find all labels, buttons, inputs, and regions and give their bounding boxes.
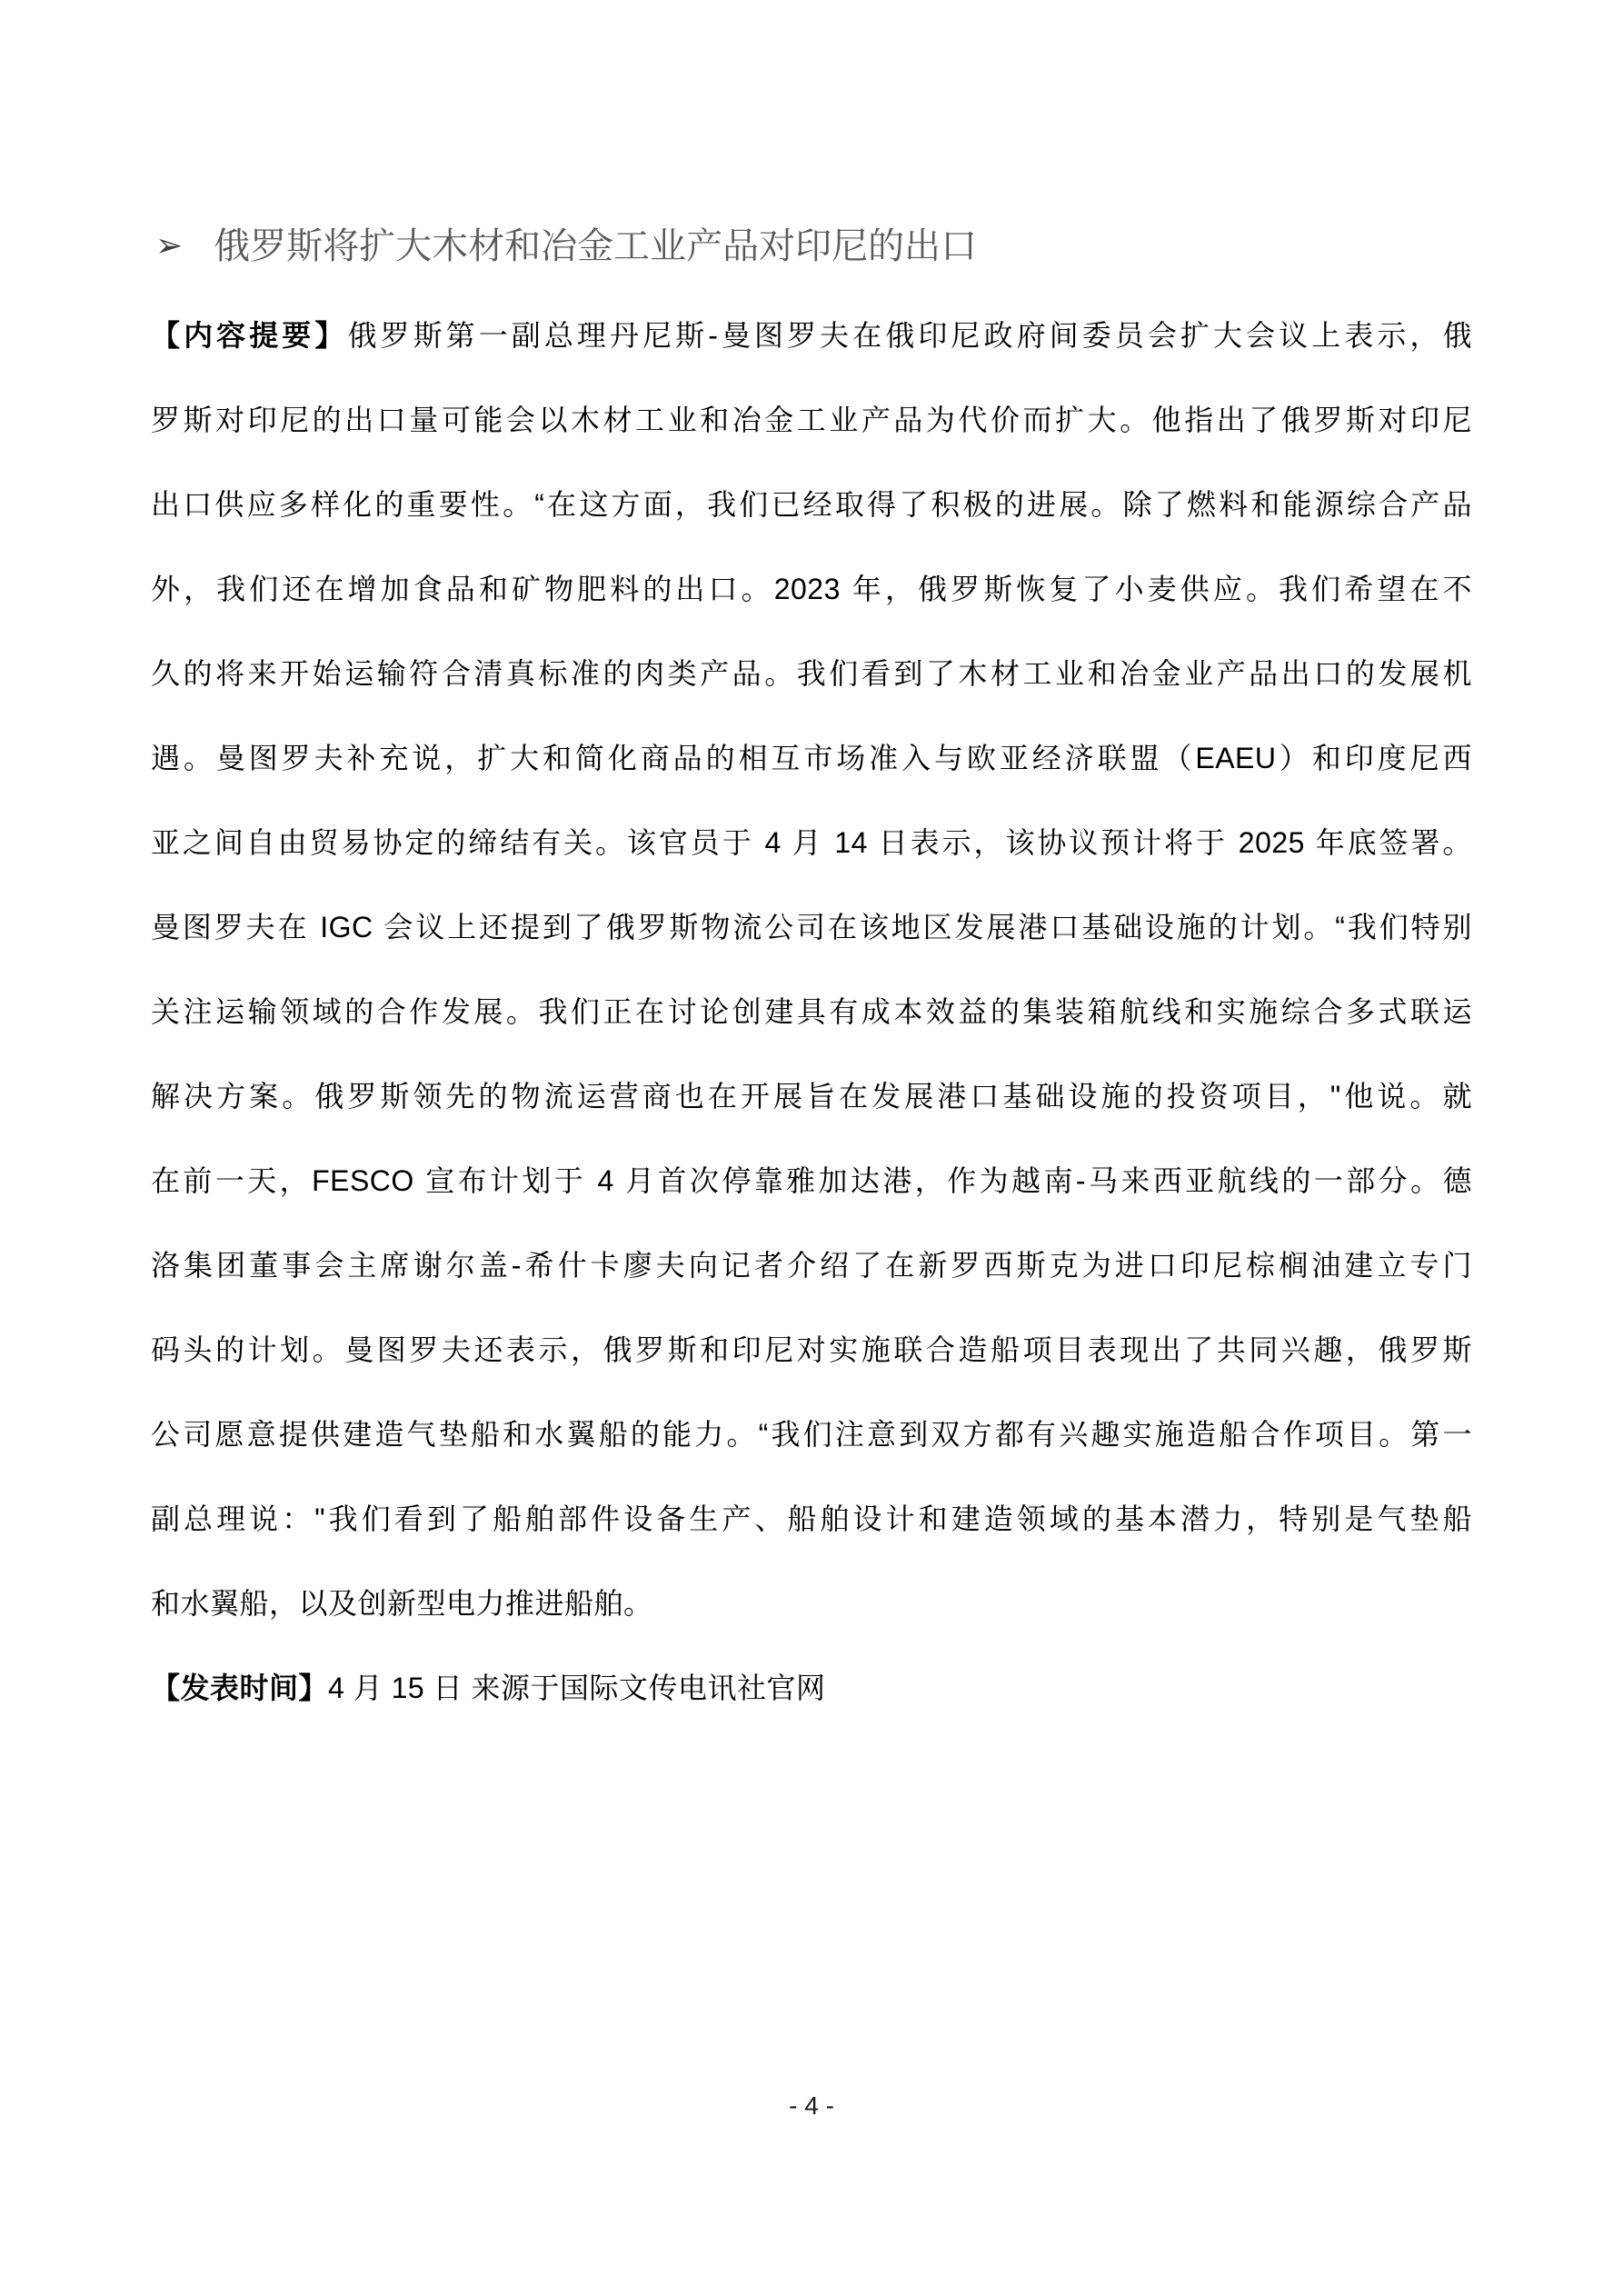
article-title: 俄罗斯将扩大木材和冶金工业产品对印尼的出口: [214, 226, 977, 266]
published-label: 【发表时间】: [151, 1672, 328, 1704]
summary-line: 洛集团董事会主席谢尔盖-希什卡廖夫向记者介绍了在新罗西斯克为进口印尼棕榈油建立专…: [151, 1223, 1472, 1308]
summary-line: 副总理说："我们看到了船舶部件设备生产、船舶设计和建造领域的基本潜力，特别是气垫…: [151, 1477, 1472, 1562]
summary-line: 解决方案。俄罗斯领先的物流运营商也在开展旨在发展港口基础设施的投资项目，"他说。…: [151, 1054, 1472, 1139]
article-body: 【内容提要】俄罗斯第一副总理丹尼斯-曼图罗夫在俄印尼政府间委员会扩大会议上表示，…: [151, 294, 1472, 1731]
summary-line-text: 俄罗斯第一副总理丹尼斯-曼图罗夫在俄印尼政府间委员会扩大会议上表示，俄: [347, 319, 1472, 352]
summary-line: 公司愿意提供建造气垫船和水翼船的能力。“我们注意到双方都有兴趣实施造船合作项目。…: [151, 1393, 1472, 1477]
summary-line: 罗斯对印尼的出口量可能会以木材工业和冶金工业产品为代价而扩大。他指出了俄罗斯对印…: [151, 378, 1472, 463]
summary-line: 亚之间自由贸易协定的缔结有关。该官员于 4 月 14 日表示，该协议预计将于 2…: [151, 801, 1472, 885]
summary-line: 关注运输领域的合作发展。我们正在讨论创建具有成本效益的集装箱航线和实施综合多式联…: [151, 970, 1472, 1054]
summary-line: 外，我们还在增加食品和矿物肥料的出口。2023 年，俄罗斯恢复了小麦供应。我们希…: [151, 547, 1472, 632]
summary-line: 在前一天，FESCO 宣布计划于 4 月首次停靠雅加达港，作为越南-马来西亚航线…: [151, 1139, 1472, 1223]
summary-line: 码头的计划。曼图罗夫还表示，俄罗斯和印尼对实施联合造船项目表现出了共同兴趣，俄罗…: [151, 1308, 1472, 1393]
summary-line: 久的将来开始运输符合清真标准的肉类产品。我们看到了木材工业和冶金业产品出口的发展…: [151, 632, 1472, 716]
summary-label: 【内容提要】: [151, 319, 347, 352]
summary-line: 和水翼船，以及创新型电力推进船舶。: [151, 1562, 1472, 1646]
summary-line: 出口供应多样化的重要性。“在这方面，我们已经取得了积极的进展。除了燃料和能源综合…: [151, 463, 1472, 547]
article-heading: ➢俄罗斯将扩大木材和冶金工业产品对印尼的出口: [151, 225, 1472, 269]
arrow-bullet-icon: ➢: [155, 224, 183, 267]
page-number: - 4 -: [0, 2091, 1623, 2121]
document-page: ➢俄罗斯将扩大木材和冶金工业产品对印尼的出口 【内容提要】俄罗斯第一副总理丹尼斯…: [0, 0, 1623, 2296]
summary-line: 曼图罗夫在 IGC 会议上还提到了俄罗斯物流公司在该地区发展港口基础设施的计划。…: [151, 885, 1472, 970]
published-text: 4 月 15 日 来源于国际文传电讯社官网: [328, 1672, 825, 1704]
published-line: 【发表时间】4 月 15 日 来源于国际文传电讯社官网: [151, 1646, 1472, 1731]
summary-line: 遇。曼图罗夫补充说，扩大和简化商品的相互市场准入与欧亚经济联盟（EAEU）和印度…: [151, 716, 1472, 801]
summary-line: 【内容提要】俄罗斯第一副总理丹尼斯-曼图罗夫在俄印尼政府间委员会扩大会议上表示，…: [151, 294, 1472, 378]
